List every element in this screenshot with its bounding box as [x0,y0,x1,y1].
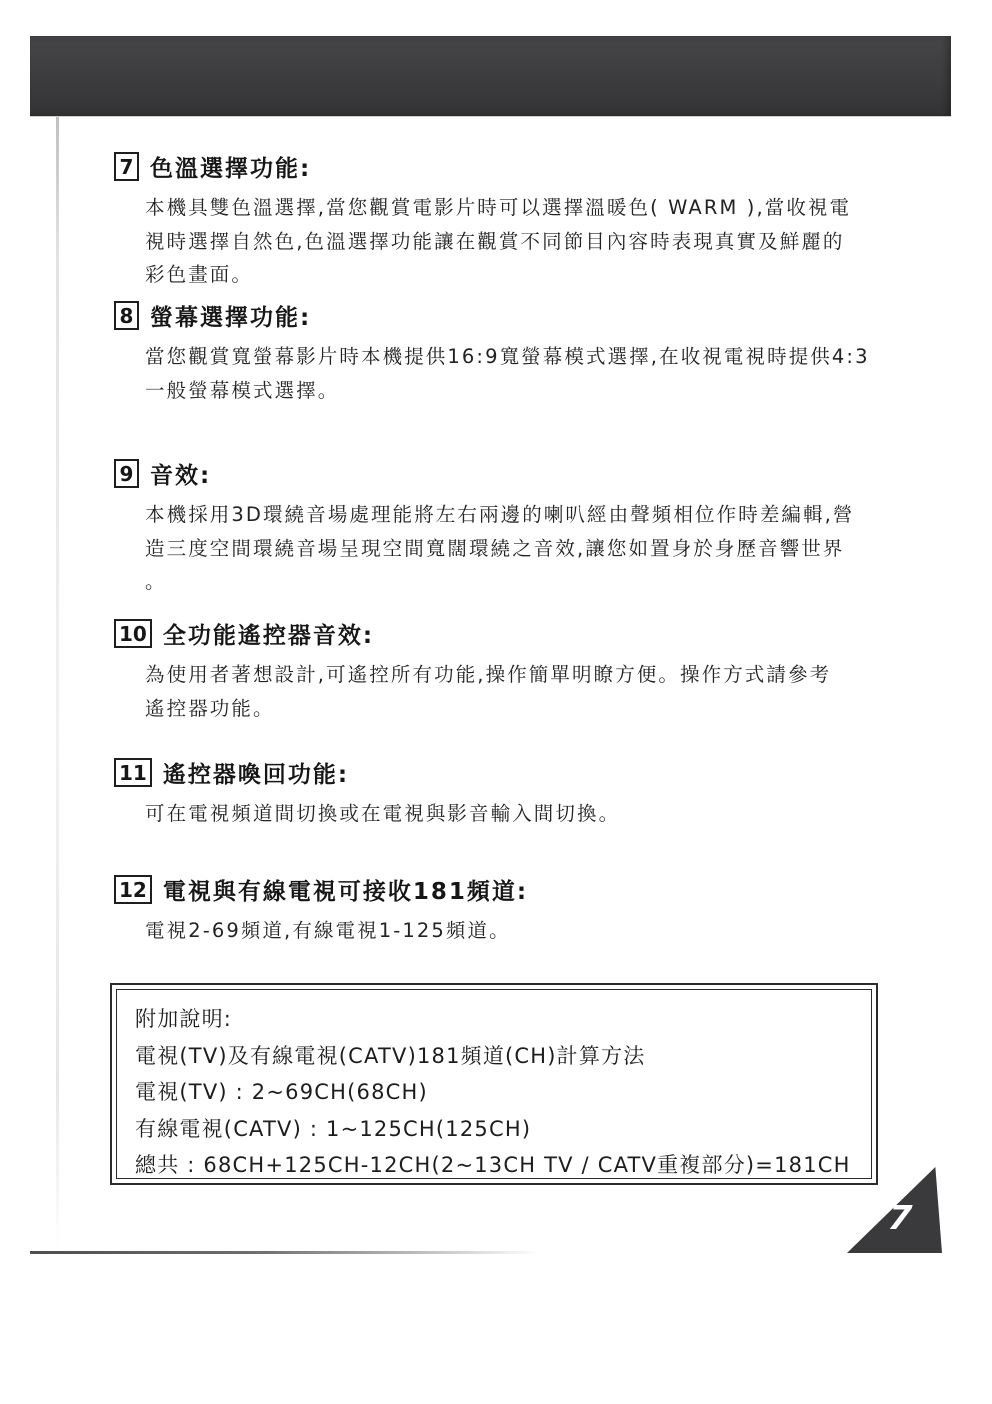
section-title: 電視與有線電視可接收181頻道: [163,873,528,906]
body-line: 一般螢幕模式選擇。 [145,374,898,408]
note-line: 有線電視(CATV) : 1~125CH(125CH) [135,1111,853,1148]
body-line: 。 [145,565,898,599]
section-title: 音效: [150,457,211,490]
section-body: 電視2-69頻道,有線電視1-125頻道。 [145,914,898,948]
body-line: 視時選擇自然色,色溫選擇功能讓在觀賞不同節目內容時表現真實及鮮麗的 [145,225,898,259]
feature-section-12: 12 電視與有線電視可接收181頻道: 電視2-69頻道,有線電視1-125頻道… [114,873,898,948]
feature-section-10: 10 全功能遙控器音效: 為使用者著想設計,可遙控所有功能,操作簡單明瞭方便。操… [114,617,898,725]
feature-section-11: 11 遙控器喚回功能: 可在電視頻道間切換或在電視與影音輸入間切換。 [114,756,898,831]
note-line: 電視(TV)及有線電視(CATV)181頻道(CH)計算方法 [135,1038,853,1075]
section-heading: 8 螢幕選擇功能: [114,299,898,332]
note-line: 總共 : 68CH+125CH-12CH(2~13CH TV / CATV重複部… [135,1147,853,1184]
page-number: 7 [878,1198,922,1237]
section-heading: 10 全功能遙控器音效: [114,617,898,650]
note-line: 電視(TV) : 2~69CH(68CH) [135,1074,853,1111]
body-line: 當您觀賞寬螢幕影片時本機提供16:9寬螢幕模式選擇,在收視電視時提供4:3 [145,340,898,374]
body-line: 本機具雙色溫選擇,當您觀賞電影片時可以選擇溫暖色( WARM ),當收視電 [145,191,898,225]
section-number-badge: 12 [114,875,152,904]
additional-notes-box: 附加說明: 電視(TV)及有線電視(CATV)181頻道(CH)計算方法 電視(… [110,983,878,1185]
body-line: 電視2-69頻道,有線電視1-125頻道。 [145,914,898,948]
body-line: 可在電視頻道間切換或在電視與影音輸入間切換。 [145,797,898,831]
section-body: 為使用者著想設計,可遙控所有功能,操作簡單明瞭方便。操作方式請參考 遙控器功能。 [145,658,898,725]
body-line: 為使用者著想設計,可遙控所有功能,操作簡單明瞭方便。操作方式請參考 [145,658,898,692]
section-body: 本機採用3D環繞音場處理能將左右兩邊的喇叭經由聲頻相位作時差編輯,營 造三度空間… [145,498,898,599]
section-title: 全功能遙控器音效: [163,617,374,650]
body-line: 造三度空間環繞音場呈現空間寬闊環繞之音效,讓您如置身於身歷音響世界 [145,532,898,566]
feature-section-8: 8 螢幕選擇功能: 當您觀賞寬螢幕影片時本機提供16:9寬螢幕模式選擇,在收視電… [114,299,898,407]
body-line: 彩色畫面。 [145,258,898,292]
section-title: 螢幕選擇功能: [150,299,311,332]
scan-edge-artifact [56,117,59,1251]
note-line: 附加說明: [135,1001,853,1038]
section-number-badge: 8 [114,301,139,330]
section-heading: 7 色溫選擇功能: [114,150,898,183]
section-heading: 12 電視與有線電視可接收181頻道: [114,873,898,906]
additional-notes-inner-border: 附加說明: 電視(TV)及有線電視(CATV)181頻道(CH)計算方法 電視(… [116,989,872,1179]
body-line: 遙控器功能。 [145,692,898,726]
feature-section-7: 7 色溫選擇功能: 本機具雙色溫選擇,當您觀賞電影片時可以選擇溫暖色( WARM… [114,150,898,292]
manual-page: 7 色溫選擇功能: 本機具雙色溫選擇,當您觀賞電影片時可以選擇溫暖色( WARM… [0,0,992,1404]
header-bar [30,36,951,116]
section-number-badge: 10 [114,619,152,648]
body-line: 本機採用3D環繞音場處理能將左右兩邊的喇叭經由聲頻相位作時差編輯,營 [145,498,898,532]
section-number-badge: 9 [114,459,139,488]
section-number-badge: 11 [114,758,152,787]
section-body: 本機具雙色溫選擇,當您觀賞電影片時可以選擇溫暖色( WARM ),當收視電 視時… [145,191,898,292]
section-body: 可在電視頻道間切換或在電視與影音輸入間切換。 [145,797,898,831]
section-heading: 11 遙控器喚回功能: [114,756,898,789]
feature-section-9: 9 音效: 本機採用3D環繞音場處理能將左右兩邊的喇叭經由聲頻相位作時差編輯,營… [114,457,898,599]
section-title: 遙控器喚回功能: [163,756,349,789]
scan-bottom-rule [30,1251,540,1254]
section-title: 色溫選擇功能: [150,150,311,183]
section-body: 當您觀賞寬螢幕影片時本機提供16:9寬螢幕模式選擇,在收視電視時提供4:3 一般… [145,340,898,407]
section-number-badge: 7 [114,152,139,181]
section-heading: 9 音效: [114,457,898,490]
